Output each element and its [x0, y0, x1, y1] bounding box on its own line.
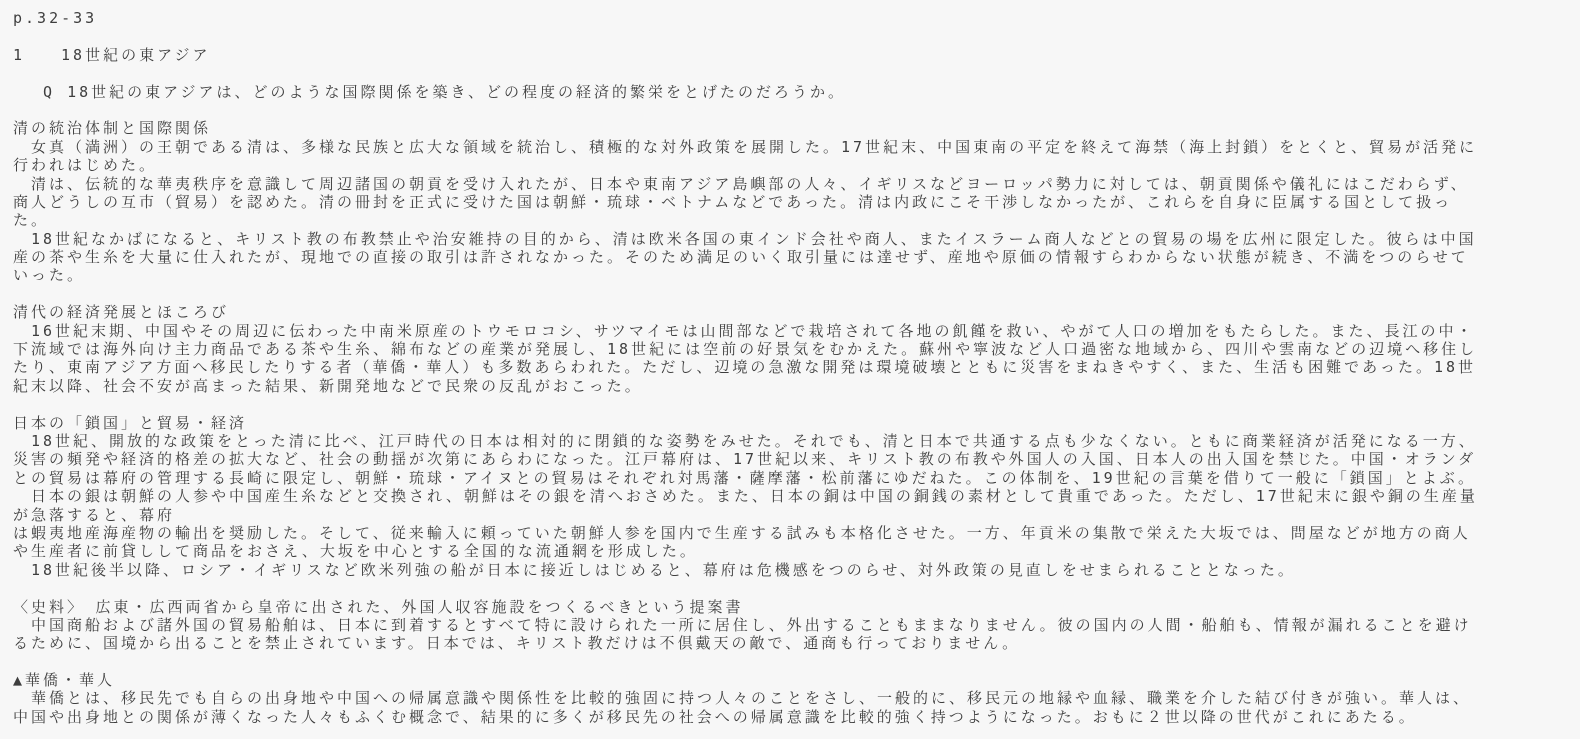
blank-line [13, 27, 1580, 45]
text-line: 災害の頻発や経済的格差の拡大など、社会の動揺が次第にあらわになった。江戸幕府は、… [13, 450, 1580, 468]
text-line: いった。 [13, 266, 1580, 284]
text-line: 日本の銀は朝鮮の人参や中国産生糸などと交換され、朝鮮はその銀を清へおさめた。また… [13, 487, 1580, 505]
text-line: 18世紀後半以降、ロシア・イギリスなど欧米列強の船が日本に接近しはじめると、幕府… [13, 561, 1580, 579]
blank-line [13, 285, 1580, 303]
text-line: 産の茶や生糸を大量に仕入れたが、現地での直接の取引は許されなかった。そのため満足… [13, 248, 1580, 266]
text-line: が急落すると、幕府 [13, 506, 1580, 524]
text-line: 清は、伝統的な華夷秩序を意識して周辺諸国の朝貢を受け入れたが、日本や東南アジア島… [13, 175, 1580, 193]
section-heading-kakyo-kajin: ▲華僑・華人 [13, 671, 1580, 689]
section-heading-source-document: 〈史料〉 広東・広西両省から皇帝に出された、外国人収容施設をつくるべきという提案… [13, 598, 1580, 616]
blank-line [13, 101, 1580, 119]
text-line: 18世紀、開放的な政策をとった清に比べ、江戸時代の日本は相対的に閉鎖的な姿勢をみ… [13, 432, 1580, 450]
text-line: 華僑とは、移民先でも自らの出身地や中国への帰属意識や関係性を比較的強固に持つ人々… [13, 689, 1580, 707]
text-line: 商人どうしの互市（貿易）を認めた。清の冊封を正式に受けた国は朝鮮・琉球・ベトナム… [13, 193, 1580, 211]
lead-question: Q 18世紀の東アジアは、どのような国際関係を築き、どの程度の経済的繁栄をとげた… [13, 83, 1580, 101]
blank-line [13, 395, 1580, 413]
text-line: 紀末以降、社会不安が高まった結果、新開発地などで民衆の反乱がおこった。 [13, 377, 1580, 395]
text-line: 16世紀末期、中国やその周辺に伝わった中南米原産のトウモロコシ、サツマイモは山間… [13, 322, 1580, 340]
page-reference: p.32-33 [13, 9, 1580, 27]
unit-title: 1 18世紀の東アジア [13, 46, 1580, 64]
text-line: た。 [13, 211, 1580, 229]
text-line: 下流域では海外向け主力商品である茶や生糸、綿布などの産業が発展し、18世紀には空… [13, 340, 1580, 358]
text-line: るために、国境から出ることを禁止されています。日本では、キリスト教だけは不倶戴天… [13, 634, 1580, 652]
text-line: 女真（満洲）の王朝である清は、多様な民族と広大な領域を統治し、積極的な対外政策を… [13, 138, 1580, 156]
document-page: { "colors": { "background": "#f7f7f7", "… [0, 0, 1580, 739]
blank-line [13, 579, 1580, 597]
text-document: p.32-33 1 18世紀の東アジア Q 18世紀の東アジアは、どのような国際… [0, 0, 1580, 726]
text-line: 中国商船および諸外国の貿易船舶は、日本に到着するとすべて特に設けられた一所に居住… [13, 616, 1580, 634]
section-heading-qing-economy: 清代の経済発展とほころび [13, 303, 1580, 321]
text-line: や生産者に前貸しして商品をおさえ、大坂を中心とする全国的な流通網を形成した。 [13, 542, 1580, 560]
text-line: との貿易は幕府の管理する長崎に限定し、朝鮮・琉球・アイヌとの貿易はそれぞれ対馬藩… [13, 469, 1580, 487]
section-heading-japan-sakoku: 日本の「鎖国」と貿易・経済 [13, 414, 1580, 432]
blank-line [13, 653, 1580, 671]
section-heading-qing-rule: 清の統治体制と国際関係 [13, 119, 1580, 137]
text-line: 18世紀なかばになると、キリスト教の布教禁止や治安維持の目的から、清は欧米各国の… [13, 230, 1580, 248]
text-line: 行われはじめた。 [13, 156, 1580, 174]
text-line: は蝦夷地産海産物の輸出を奨励した。そして、従来輸入に頼っていた朝鮮人参を国内で生… [13, 524, 1580, 542]
text-line: たり、東南アジア方面へ移民したりする者（華僑・華人）も多数あらわれた。ただし、辺… [13, 358, 1580, 376]
blank-line [13, 64, 1580, 82]
text-line: 中国や出身地との関係が薄くなった人々もふくむ概念で、結果的に多くが移民先の社会へ… [13, 708, 1580, 726]
